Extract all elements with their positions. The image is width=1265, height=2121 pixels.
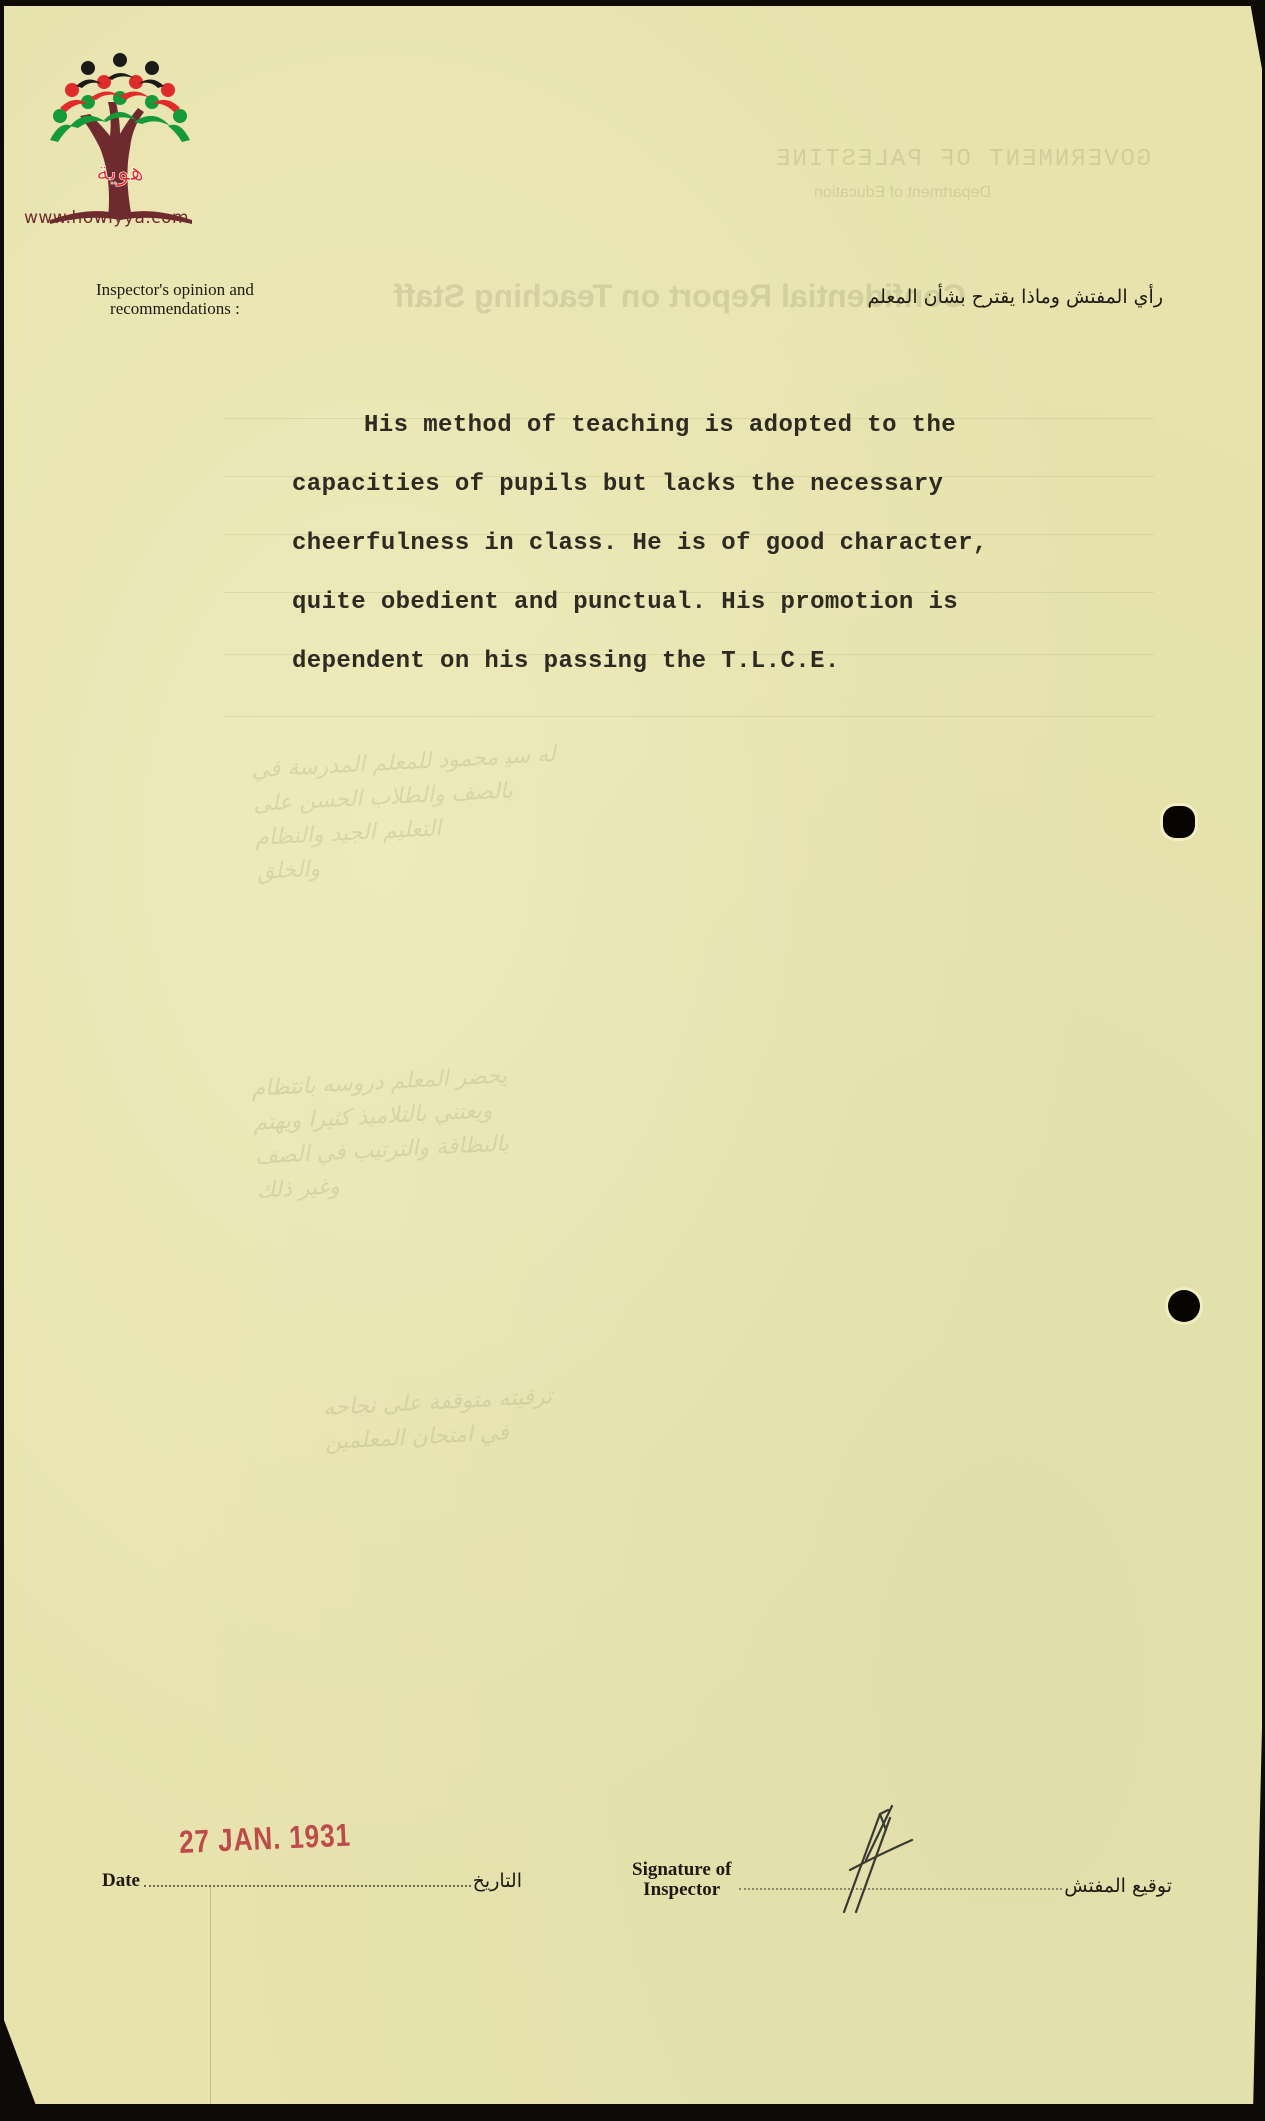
bleed-ruled-line [224, 716, 1154, 717]
opinion-line: cheerfulness in class. He is of good cha… [292, 514, 1052, 573]
punch-hole [1168, 1290, 1200, 1322]
bleed-through-handwriting: ﻳﺤﻀﺮ ﺍﻟﻤﻌﻠﻢ ﺩﺭﻭﺳﻪ ﺑﺎﻧﺘﻈﺎﻡﻭﻳﻌﺘﻨﻲ ﺑﺎﻟﺘﻼﻣﻴﺬ… [251, 1059, 514, 1208]
watermark-url: www.howiyya.com [24, 208, 189, 228]
inspector-opinion-label-arabic: رأي المفتش وماذا يقترح بشأن المعلم [867, 286, 1163, 308]
date-dotted-line [144, 1884, 471, 1887]
label-line-2: recommendations : [96, 299, 254, 318]
bleed-through-government: GOVERNMENT OF PALESTINE [774, 146, 1151, 173]
opinion-line: His method of teaching is adopted to the [292, 396, 1052, 455]
inspector-opinion-text: His method of teaching is adopted to the… [292, 396, 1052, 691]
signature-label-arabic: توقيع المفتش [1064, 1875, 1172, 1897]
document-page: GOVERNMENT OF PALESTINE Department of Ed… [4, 6, 1262, 2104]
bleed-through-department: Department of Education [814, 184, 991, 202]
paper-crease [210, 1886, 211, 2106]
signature-label-line-1: Signature of [632, 1860, 731, 1880]
logo-arabic-text: هوية [96, 157, 144, 187]
opinion-line: dependent on his passing the T.L.C.E. [292, 632, 1052, 691]
howiyya-logo-icon: هوية [20, 28, 220, 228]
opinion-line: quite obedient and punctual. His promoti… [292, 573, 1052, 632]
punch-hole [1163, 806, 1195, 838]
inspector-opinion-label: Inspector's opinion and recommendations … [96, 280, 254, 318]
date-label-arabic: التاريخ [473, 1870, 522, 1892]
bleed-through-handwriting: ﻟﻪ ﺳﻴ ﻣﺤﻤﻮﺩ ﻟﻠﻤﻌﻠﻢ ﺍﻟﻤﺪﺭﺳﺔ ﻓﻲﺑﺎﻟﺼﻒ ﻭﺍﻟﻄﻼ… [251, 738, 562, 890]
signature-label: Signature of Inspector [632, 1860, 731, 1900]
date-label: Date [102, 1870, 140, 1892]
signature-label-line-2: Inspector [632, 1880, 731, 1900]
label-line-1: Inspector's opinion and [96, 280, 254, 299]
date-field: Date التاريخ [102, 1870, 522, 1892]
date-stamp: 27 JAN. 1931 [178, 1817, 351, 1861]
bleed-through-handwriting: ﺗﺮﻗﻴﺘﻪ ﻣﺘﻮﻗﻔﺔ ﻋﻠﻰ ﻧﺠﺎﺣﻪﻓﻲ ﺍﻣﺘﺤﺎﻥ ﺍﻟﻤﻌﻠﻤﻴ… [322, 1380, 554, 1460]
handwritten-signature-icon [836, 1800, 936, 1920]
opinion-line: capacities of pupils but lacks the neces… [292, 455, 1052, 514]
